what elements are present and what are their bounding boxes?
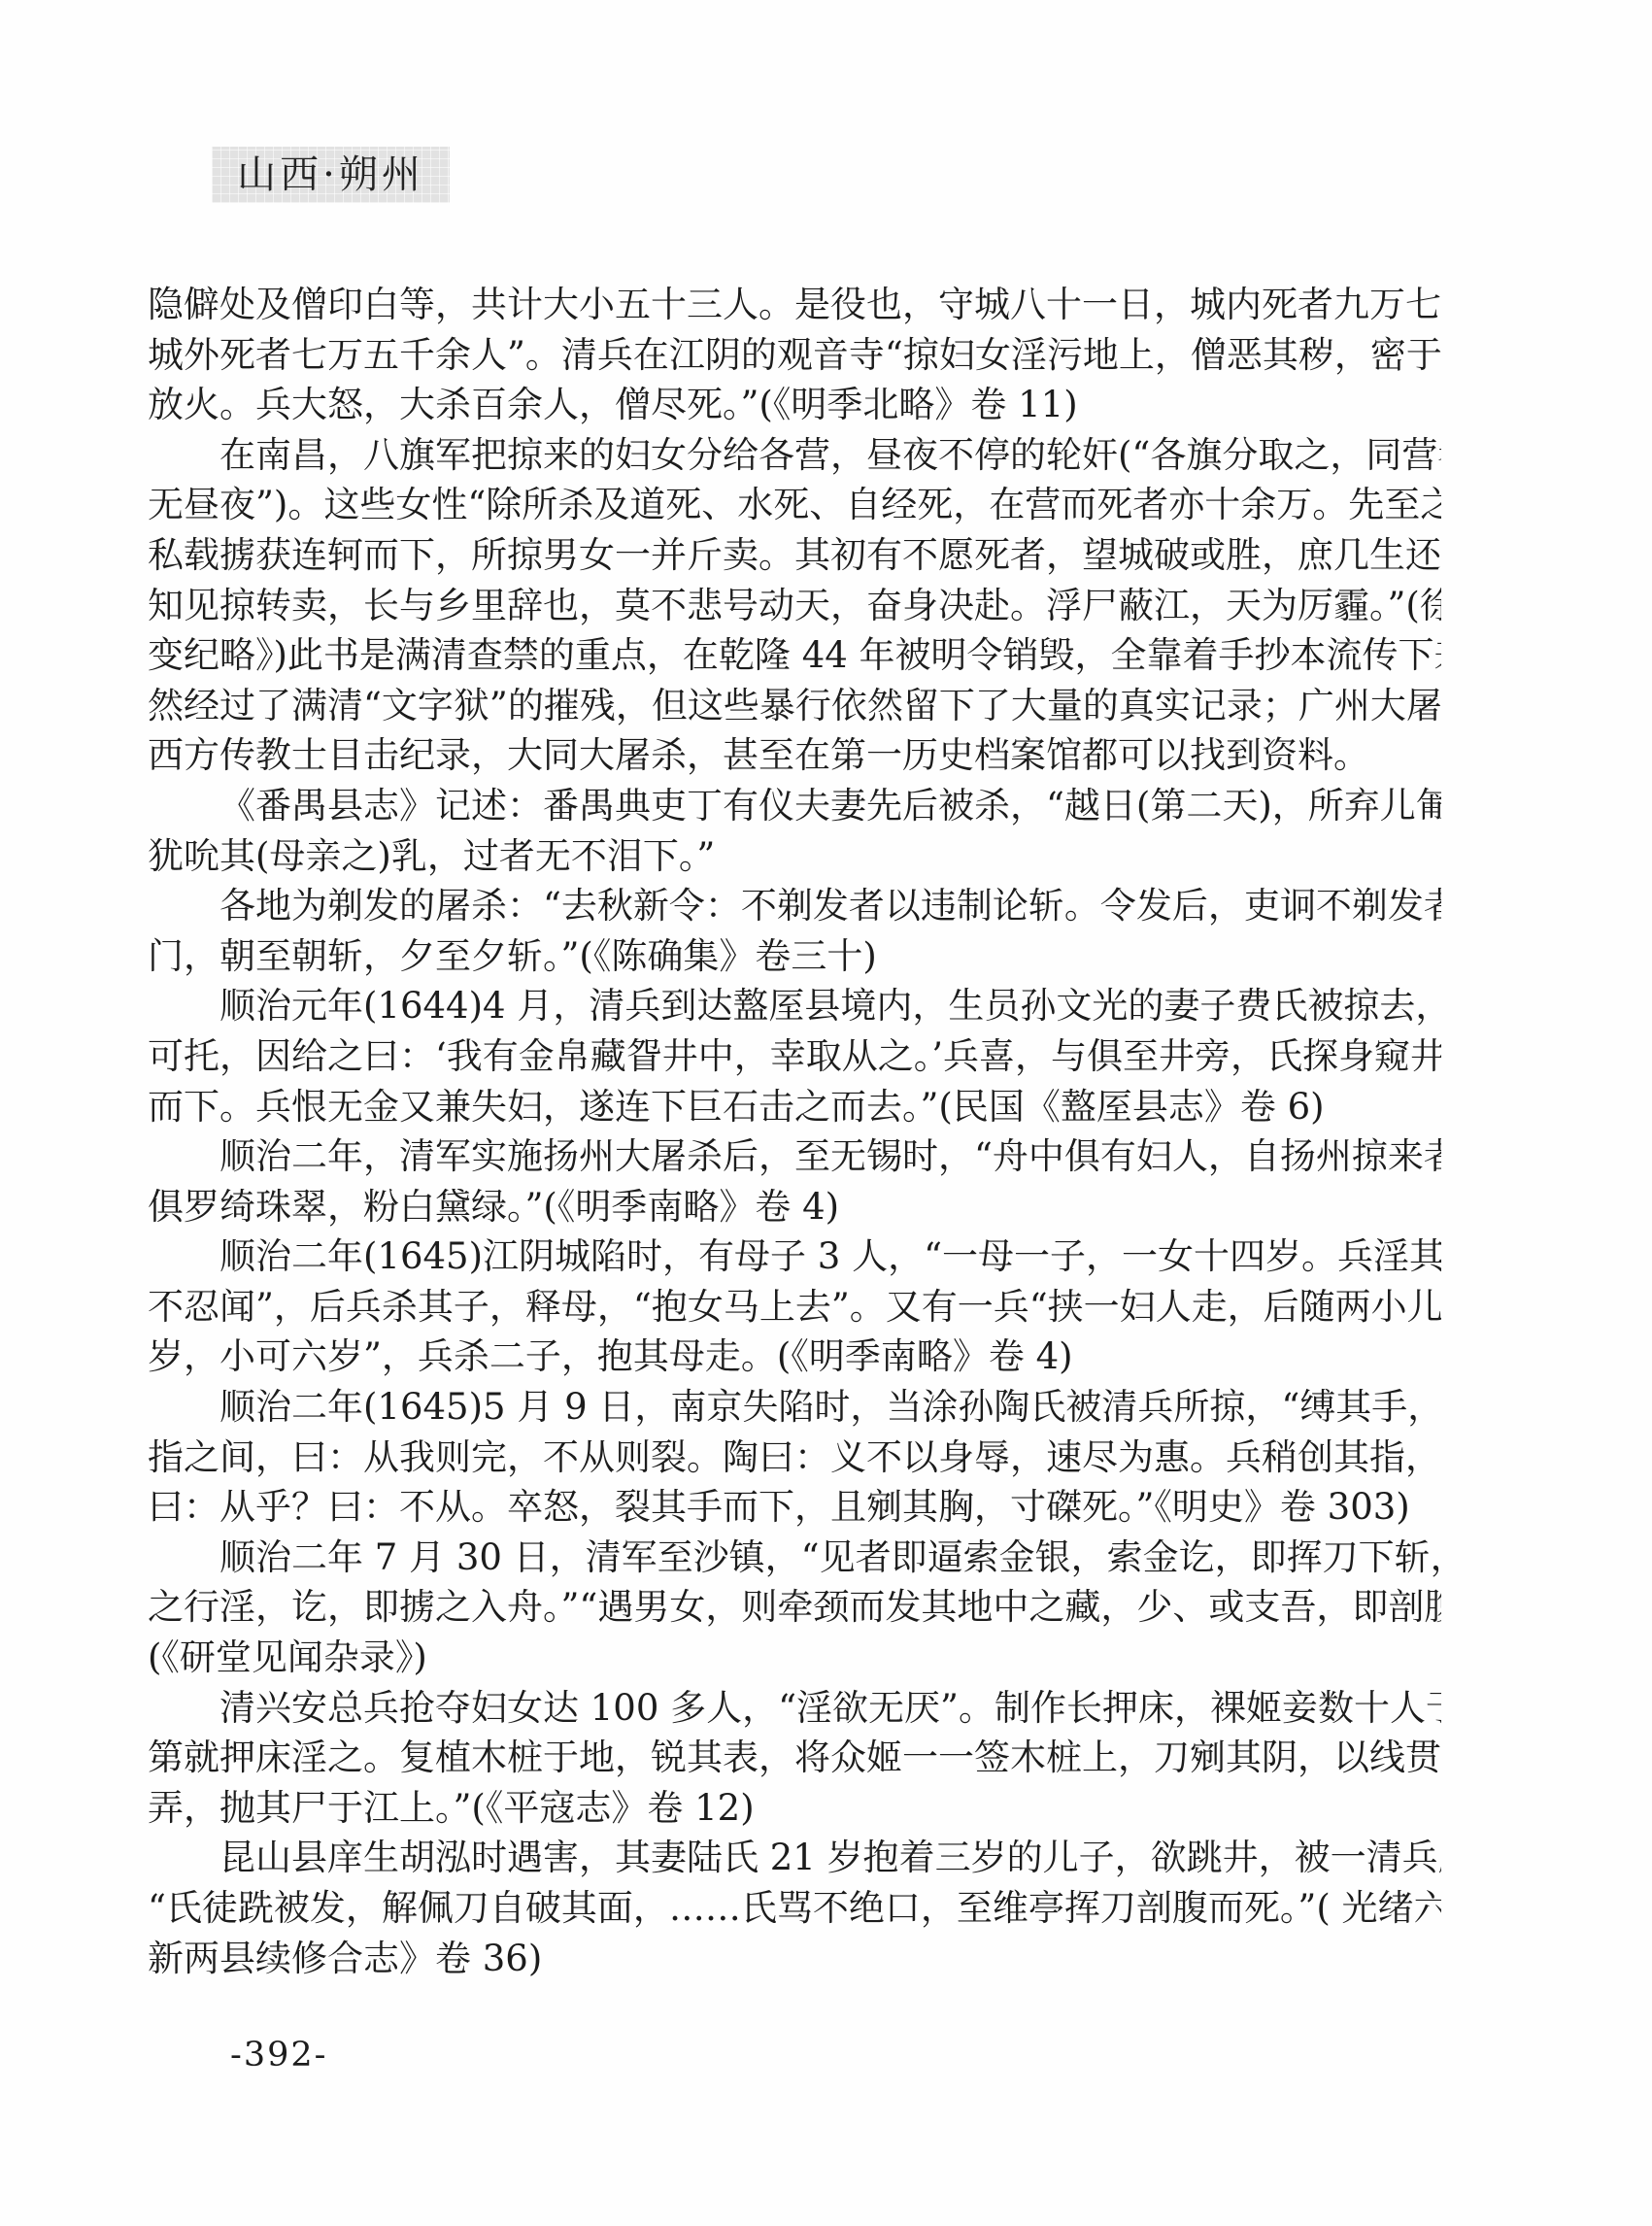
text-line: 门，朝至朝斩，夕至夕斩。”(《陈确集》卷三十)	[148, 931, 1441, 982]
text-line: 然经过了满清“文字狱”的摧残，但这些暴行依然留下了大量的真实记录；广州大屠杀有	[148, 681, 1441, 731]
text-line: 变纪略》)此书是满清查禁的重点，在乾隆 44 年被明令销毁，全靠着手抄本流传下来…	[148, 630, 1441, 681]
text-line: 而下。兵恨无金又兼失妇，遂连下巨石击之而去。”(民国《盩厔县志》卷 6)	[148, 1082, 1441, 1132]
text-line: 顺治二年(1645)5 月 9 日，南京失陷时，当涂孙陶氏被清兵所掠，“缚其手，…	[148, 1382, 1441, 1433]
text-line: (《研堂见闻杂录》)	[148, 1633, 1441, 1683]
text-line: 清兴安总兵抢夺妇女达 100 多人，“淫欲无厌”。制作长押床，裸姬妾数十人于床，…	[148, 1683, 1441, 1734]
text-line: 不忍闻”，后兵杀其子，释母，“抱女马上去”。又有一兵“挟一妇人走，后随两小儿，大…	[148, 1282, 1441, 1332]
text-line: 指之间，曰：从我则完，不从则裂。陶曰：义不以身辱，速尽为惠。兵稍创其指，血流竟手…	[148, 1433, 1441, 1483]
body-text: 隐僻处及僧印白等，共计大小五十三人。是役也，守城八十一日，城内死者九万七千余人，…	[148, 280, 1441, 1983]
text-line: 在南昌，八旗军把掠来的妇女分给各营，昼夜不停的轮奸(“各旗分取之，同营者迭 *	[148, 430, 1441, 481]
book-page: 山西·朔州 隐僻处及僧印白等，共计大小五十三人。是役也，守城八十一日，城内死者九…	[0, 0, 1652, 2226]
text-line: 新两县续修合志》卷 36)	[148, 1934, 1441, 1984]
text-line: 城外死者七万五千余人”。清兵在江阴的观音寺“掠妇女淫污地上，僧恶其秽，密于后屋	[148, 330, 1441, 381]
text-line: 《番禺县志》记述：番禺典吏丁有仪夫妻先后被杀，“越日(第二天)，所弃儿匍匐尸旁，	[148, 781, 1441, 831]
text-line: 可托，因给之曰：‘我有金帛藏眢井中，幸取从之。’兵喜，与俱至井旁，氏探身窥井，即…	[148, 1031, 1441, 1082]
page-number: -392-	[230, 2036, 327, 2074]
text-line: 顺治二年，清军实施扬州大屠杀后，至无锡时，“舟中俱有妇人，自扬州掠来者，装饰	[148, 1131, 1441, 1182]
text-line: 犹吮其(母亲之)乳，过者无不泪下。”	[148, 831, 1441, 882]
text-line: 放火。兵大怒，大杀百余人，僧尽死。”(《明季北略》卷 11)	[148, 380, 1441, 430]
text-line: 弄，抛其尸于江上。”(《平寇志》卷 12)	[148, 1783, 1441, 1834]
text-line: “氏徒跣被发，解佩刀自破其面，……氏骂不绝口，至维亭挥刀剖腹而死。”( 光绪六年…	[148, 1883, 1441, 1934]
text-line: 第就押床淫之。复植木桩于地，锐其表，将众姬一一签木桩上，刀剜其阴，以线贯之为玩	[148, 1733, 1441, 1783]
text-line: 俱罗绮珠翠，粉白黛绿。”(《明季南略》卷 4)	[148, 1182, 1441, 1232]
text-line: 西方传教士目击纪录，大同大屠杀，甚至在第一历史档案馆都可以找到资料。	[148, 730, 1441, 781]
text-line: 曰：从乎？曰：不从。卒怒，裂其手而下，且剜其胸，寸磔死。”《明史》卷 303)	[148, 1482, 1441, 1533]
text-line: 顺治二年 7 月 30 日，清军至沙镇，“见者即逼索金银，索金讫，即挥刀下斩，女…	[148, 1533, 1441, 1583]
text-line: 顺治二年(1645)江阴城陷时，有母子 3 人，“一母一子，一女十四岁。兵淫其女…	[148, 1231, 1441, 1282]
text-line: 岁，小可六岁”，兵杀二子，抱其母走。(《明季南略》卷 4)	[148, 1332, 1441, 1382]
text-line: 昆山县庠生胡泓时遇害，其妻陆氏 21 岁抱着三岁的儿子，欲跳井，被一清兵所执。	[148, 1833, 1441, 1883]
text-line: 私载掳获连轲而下，所掠男女一并斤卖。其初有不愿死者，望城破或胜，庶几生还；至始方	[148, 530, 1441, 581]
text-line: 无昼夜”)。这些女性“除所杀及道死、水死、自经死，在营而死者亦十余万。先至之兵已…	[148, 480, 1441, 530]
text-line: 之行淫，讫，即掳之入舟。”“遇男女，则牵颈而发其地中之藏，少、或支吾，即剖腹刳肠…	[148, 1582, 1441, 1633]
text-line: 各地为剃发的屠杀：“去秋新令：不剃发者以违制论斩。令发后，吏诇不剃发者至军	[148, 881, 1441, 931]
text-line: 隐僻处及僧印白等，共计大小五十三人。是役也，守城八十一日，城内死者九万七千余人，	[148, 280, 1441, 330]
text-line: 知见掠转卖，长与乡里辞也，莫不悲号动天，奋身决赴。浮尸蔽江，天为厉霾。”(徐世溥…	[148, 581, 1441, 631]
section-label: 山西·朔州	[212, 147, 450, 203]
text-line: 顺治元年(1644)4 月，清兵到达盩厔县境内，生员孙文光的妻子费氏被掠去，“计…	[148, 981, 1441, 1031]
